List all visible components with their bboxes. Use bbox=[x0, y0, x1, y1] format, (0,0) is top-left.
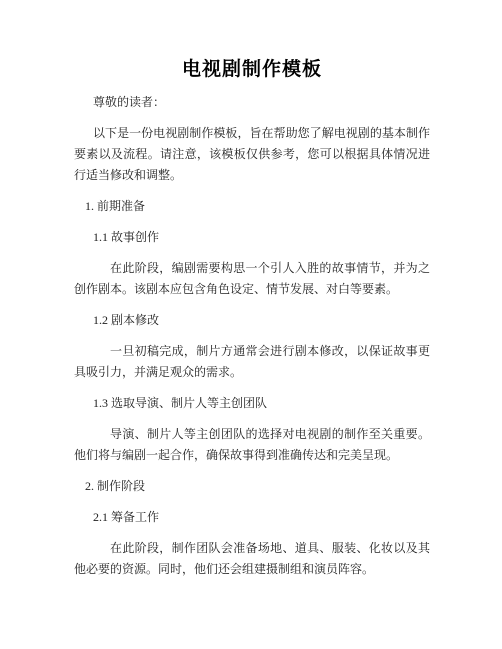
document-page: 电视剧制作模板 尊敬的读者： 以下是一份电视剧制作模板，旨在帮助您了解电视剧的基… bbox=[0, 0, 502, 649]
salutation-line: 尊敬的读者： bbox=[74, 92, 430, 113]
section-2-1-paragraph: 在此阶段，制作团队会准备场地、道具、服装、化妆以及其他必要的资源。同时，他们还会… bbox=[74, 538, 430, 580]
intro-paragraph: 以下是一份电视剧制作模板，旨在帮助您了解电视剧的基本制作要素以及流程。请注意，该… bbox=[74, 123, 430, 186]
section-1-heading: 1. 前期准备 bbox=[74, 196, 430, 217]
section-1-3-heading: 1.3 选取导演、制片人等主创团队 bbox=[74, 393, 430, 414]
section-1-1-heading: 1.1 故事创作 bbox=[74, 227, 430, 248]
section-1-2-paragraph: 一旦初稿完成，制片方通常会进行剧本修改，以保证故事更具吸引力，并满足观众的需求。 bbox=[74, 341, 430, 383]
section-1-3-paragraph: 导演、制片人等主创团队的选择对电视剧的制作至关重要。他们将与编剧一起合作，确保故… bbox=[74, 424, 430, 466]
section-1-1-paragraph: 在此阶段，编剧需要构思一个引人入胜的故事情节，并为之创作剧本。该剧本应包含角色设… bbox=[74, 258, 430, 300]
section-1-2-heading: 1.2 剧本修改 bbox=[74, 310, 430, 331]
document-title: 电视剧制作模板 bbox=[74, 58, 430, 82]
section-2-heading: 2. 制作阶段 bbox=[74, 476, 430, 497]
section-2-1-heading: 2.1 筹备工作 bbox=[74, 507, 430, 528]
